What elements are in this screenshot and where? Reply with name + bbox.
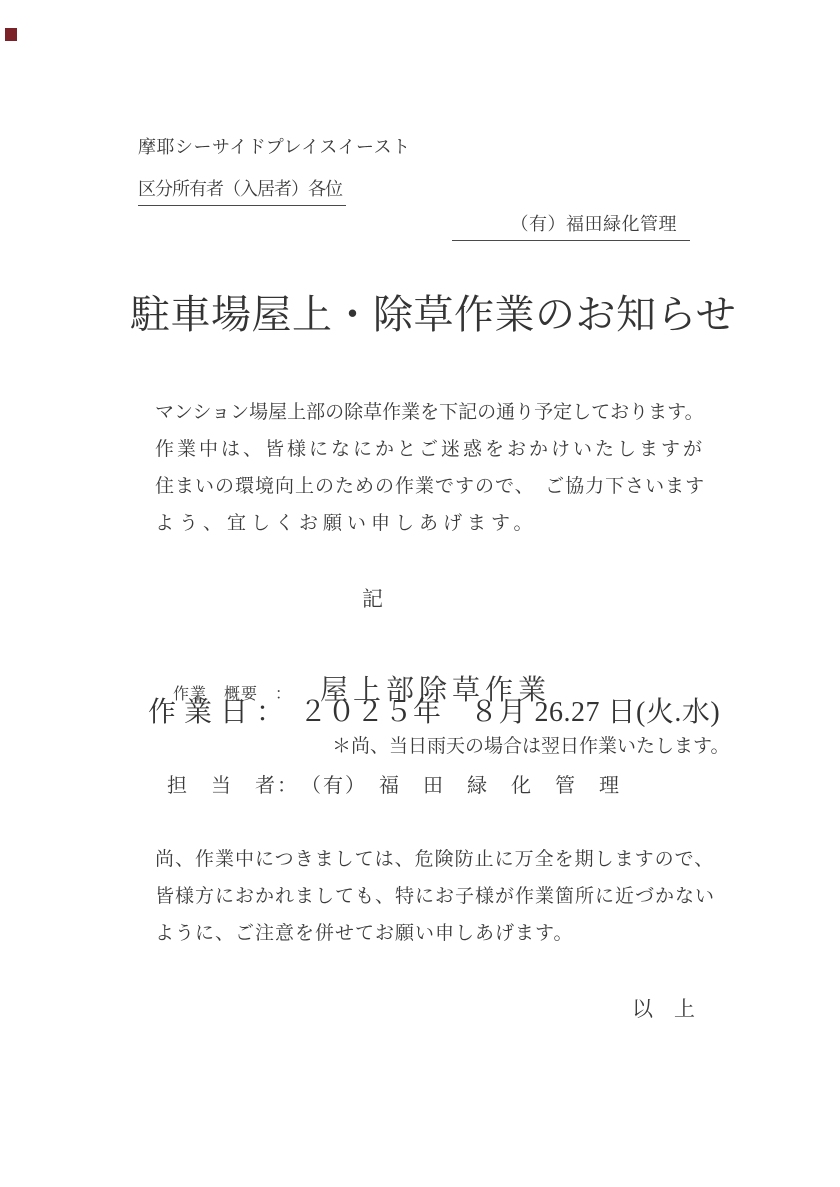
closing-phrase: 以 上 (632, 996, 695, 1022)
intro-paragraph-line-1: マンション場屋上部の除草作業を下記の通り予定しております。 (155, 401, 704, 425)
intro-paragraph-line-2: 作業中は、皆様になにかとご迷惑をおかけいたしますが (155, 438, 705, 462)
staff-in-charge-row: 担 当 者： （有） 福 田 緑 化 管 理 (167, 774, 621, 799)
company-signature: （有）福田緑化管理 (452, 213, 690, 241)
work-date-row: 作 業 日 ： ２０２５年 ８月 26.27 日(火.水) (148, 695, 720, 730)
caution-paragraph-line-2: 皆様方におかれましても、特にお子様が作業箇所に近づかない (155, 885, 715, 909)
notice-document-page: 摩耶シーサイドプレイスイースト 区分所有者（入居者）各位 （有）福田緑化管理 駐… (0, 0, 840, 1187)
scan-artifact-red-square (5, 28, 17, 41)
record-marker: 記 (362, 586, 383, 612)
caution-paragraph-line-3: ように、ご注意を併せてお願い申しあげます。 (155, 922, 573, 946)
addressee-line: 区分所有者（入居者）各位 (138, 178, 346, 206)
document-title: 駐車場屋上・除草作業のお知らせ (130, 290, 736, 340)
building-name: 摩耶シーサイドプレイスイースト (138, 136, 411, 159)
intro-paragraph-line-4: よう、宜しくお願い申しあげます。 (155, 512, 537, 536)
rain-postponement-note: ＊尚、当日雨天の場合は翌日作業いたします。 (332, 735, 729, 759)
caution-paragraph-line-1: 尚、作業中につきましては、危険防止に万全を期しますので、 (155, 848, 714, 872)
intro-paragraph-line-3: 住まいの環境向上のための作業ですので、 ご協力下さいます (155, 475, 705, 499)
